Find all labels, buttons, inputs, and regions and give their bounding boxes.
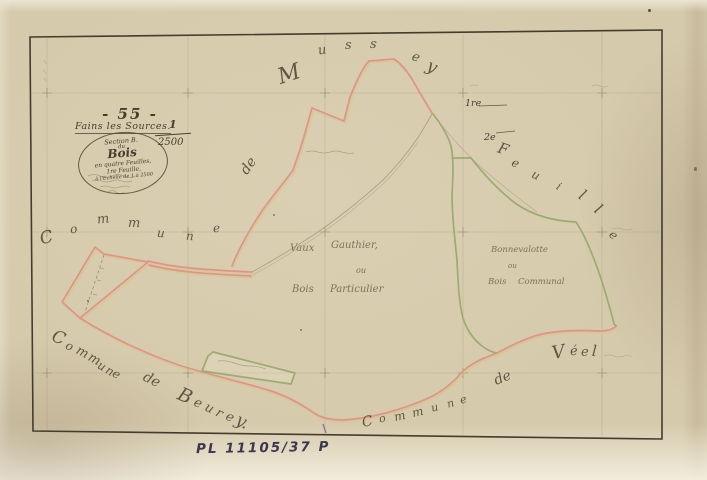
small-green-parcel — [202, 352, 295, 384]
title-cartouche: - 55 - Fains les Sources. Section B. du … — [70, 103, 210, 203]
paper-speck — [300, 329, 302, 331]
survey-tick — [323, 424, 326, 433]
map-drawing — [0, 0, 707, 480]
catalog-number: PL 11105/37 P — [196, 439, 331, 457]
northeast-green-boundary — [471, 158, 616, 326]
paper-speck — [87, 300, 89, 302]
sheet2-dash — [496, 131, 515, 133]
map-frame — [30, 30, 662, 439]
survey-grid — [30, 32, 662, 437]
paper-speck — [694, 167, 697, 171]
sheet-ref-2: 2e — [484, 132, 496, 143]
scale-denominator: 2500 — [158, 137, 183, 148]
map-sheet: - 55 - Fains les Sources. Section B. du … — [0, 0, 707, 480]
interior-green-line — [433, 114, 496, 353]
cartouche-ellipse: Section B. du Bois en quatre Feuilles, 1… — [75, 128, 170, 198]
sheet1-dash — [479, 105, 507, 106]
paper-speck — [648, 9, 651, 12]
paper-speck — [273, 214, 275, 216]
scale-numerator: 1 — [169, 118, 177, 131]
sheet-ref-1: 1re — [465, 98, 481, 109]
